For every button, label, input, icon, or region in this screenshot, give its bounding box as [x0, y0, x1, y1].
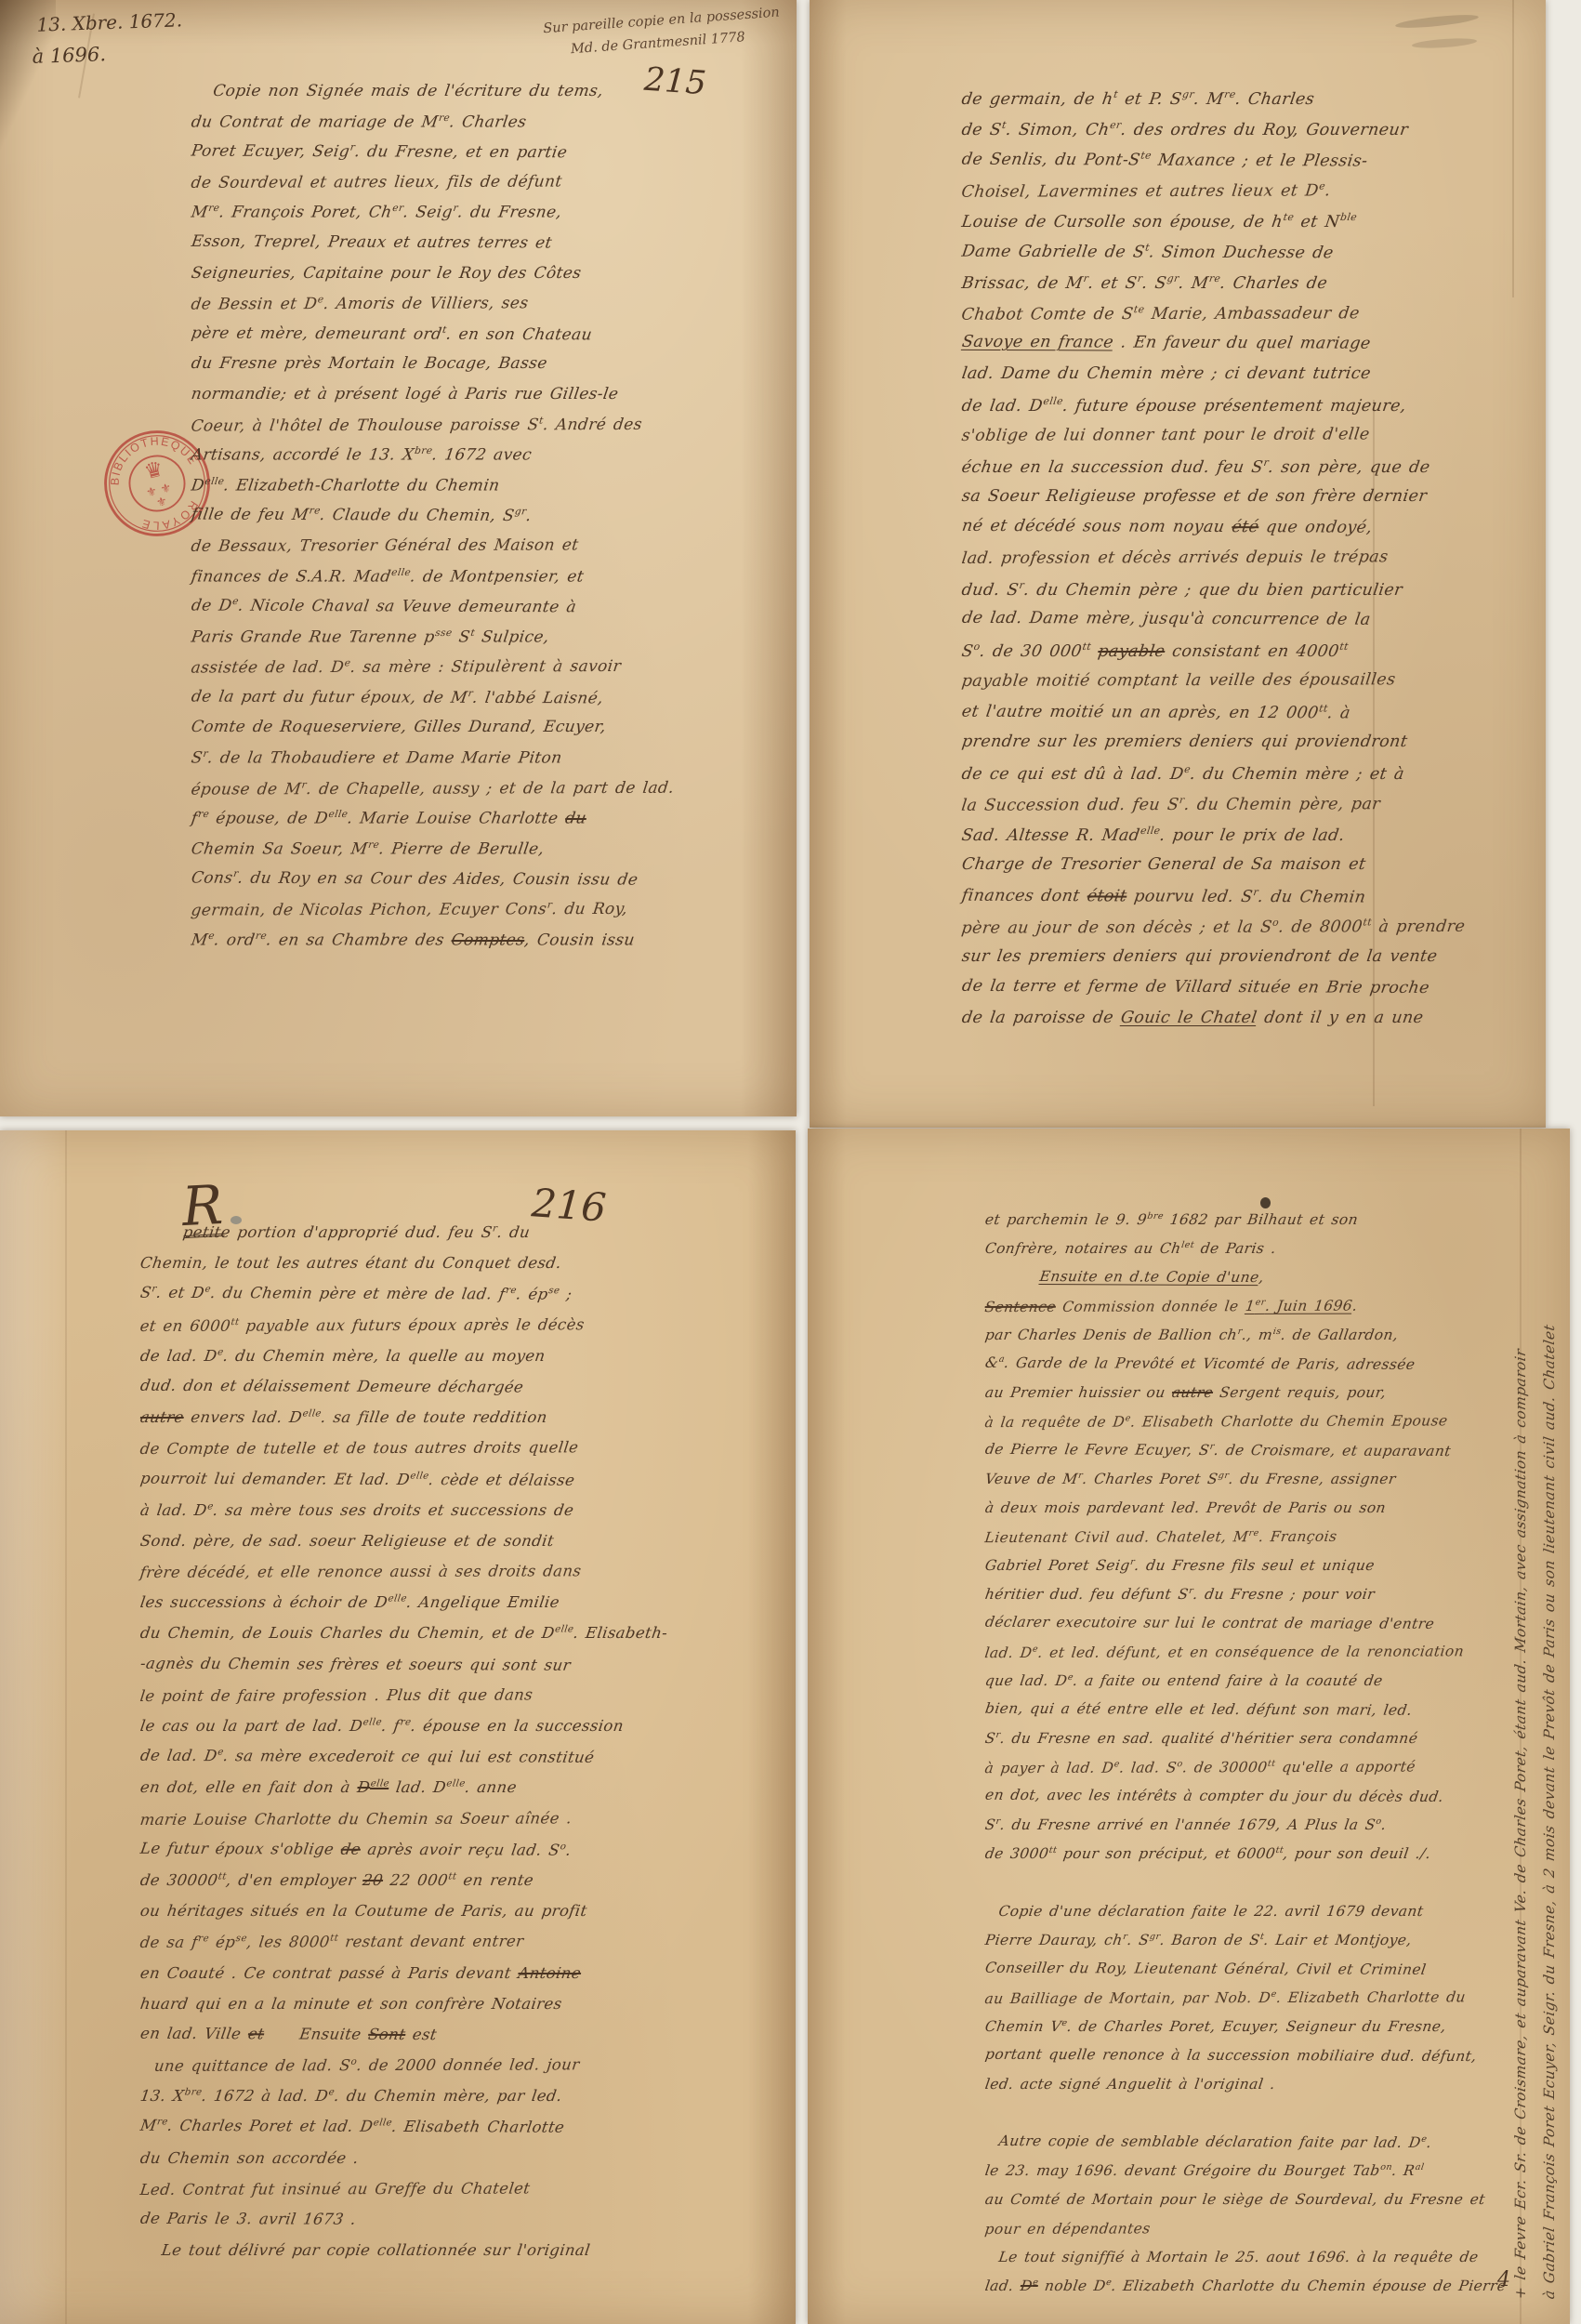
manuscript-line: assistée de lad. De. sa mère : Stipulère… — [189, 656, 675, 688]
manuscript-line: de lad. De. sa mère excederoit ce qui lu… — [138, 1747, 669, 1780]
manuscript-line: Seigneuries, Capitaine pour le Roy des C… — [189, 264, 676, 295]
manuscript-line: de germain, de ht et P. Sgr. Mre. Charle… — [959, 88, 1467, 119]
ink-bleedthrough — [1412, 37, 1477, 50]
manuscript-line: Brissac, de Mr. et Sr. Sgr. Mre. Charles… — [959, 272, 1467, 303]
manuscript-line: Mre. François Poret, Cher. Seigr. du Fre… — [189, 203, 676, 233]
manuscript-line: Chemin, le tout les autres étant du Conq… — [138, 1254, 669, 1285]
manuscript-line: dud. don et délaissement Demeure décharg… — [138, 1377, 669, 1410]
manuscript-line: Esson, Treprel, Preaux et autres terres … — [189, 232, 676, 265]
manuscript-line: père au jour de son décès ; et la So. de… — [959, 916, 1467, 948]
manuscript-page-215: 13. Xbre. 1672. à 1696. Sur pareille cop… — [0, 0, 797, 1116]
manuscript-line: sa Soeur Religieuse professe et de son f… — [959, 487, 1467, 518]
manuscript-line: le point de faire profession . Plus dit … — [138, 1685, 668, 1718]
crown-icon: ♛ — [142, 456, 166, 484]
manuscript-line: du Contrat de mariage de Mre. Charles — [189, 112, 676, 143]
manuscript-line: finances dont étoit pourvu led. Sr. du C… — [959, 885, 1467, 918]
manuscript-line: de lad. Delle. future épouse présentemen… — [959, 395, 1467, 426]
manuscript-line: fre épouse, de Delle. Marie Louise Charl… — [189, 809, 676, 839]
manuscript-line: lad. De noble De. Elizabeth Charlotte du… — [982, 2278, 1508, 2306]
manuscript-line: pourroit lui demander. Et lad. Delle. cè… — [138, 1469, 669, 1502]
manuscript-line: de Sourdeval et autres lieux, fils de dé… — [189, 172, 675, 204]
manuscript-line: Confrère, notaires au Chlet de Paris . — [982, 1240, 1508, 1269]
vertical-margin-note-line2: à Gabriel François Poret Ecuyer, Seigr. … — [1541, 1153, 1570, 2302]
manuscript-line: déclarer executoire sur lui le contrat d… — [982, 1614, 1508, 1644]
manuscript-line: en Coauté . Ce contrat passé à Paris dev… — [138, 1964, 669, 1995]
manuscript-line: père et mère, demeurant ordt. en son Cha… — [189, 324, 676, 356]
manuscript-line: Copie non Signée mais de l'écriture du t… — [189, 82, 676, 112]
manuscript-line: au Comté de Mortain pour le siège de Sou… — [982, 2191, 1508, 2220]
manuscript-line: le 23. may 1696. devant Grégoire du Bour… — [982, 2162, 1508, 2191]
manuscript-line: prendre sur les premiers deniers qui pro… — [959, 733, 1467, 763]
manuscript-line: Louise de Cursolle son épouse, de hte et… — [959, 211, 1467, 242]
manuscript-line: de 3000tt pour son préciput, et 6000tt, … — [982, 1845, 1508, 1874]
manuscript-line: que lad. De. a faite ou entend faire à l… — [982, 1672, 1508, 1701]
manuscript-line: Chabot Comte de Ste Marie, Ambassadeur d… — [959, 302, 1467, 335]
crease-line — [1512, 0, 1514, 297]
manuscript-page-216-verso: et parchemin le 9. 9bre 1682 par Bilhaut… — [808, 1129, 1570, 2324]
ink-bleedthrough — [1395, 12, 1480, 30]
manuscript-line: de Senlis, du Pont-Ste Maxance ; et le P… — [959, 149, 1467, 181]
manuscript-line: Chemin Ve. de Charles Poret, Ecuyer, Sei… — [982, 2018, 1508, 2047]
manuscript-line: de la terre et ferme de Villard située e… — [959, 977, 1467, 1010]
manuscript-line: -agnès du Chemin ses frères et soeurs qu… — [138, 1654, 669, 1687]
manuscript-line: la Succession dud. feu Sr. du Chemin pèr… — [959, 793, 1467, 825]
header-provenance-note: Sur pareille copie en la possession Md. … — [543, 1, 792, 62]
manuscript-page-216: 216 R petite portion d'approprié dud. fe… — [0, 1130, 796, 2324]
torn-edge-line — [65, 1130, 67, 2324]
manuscript-line: sur les premiers deniers qui proviendron… — [959, 947, 1467, 978]
manuscript-line: au Bailliage de Mortain, par Nob. De. El… — [982, 1988, 1507, 2019]
manuscript-line: Le tout délivré par copie collationnée s… — [138, 2241, 669, 2272]
manuscript-line: Sr. du Fresne arrivé en l'année 1679, A … — [982, 1816, 1508, 1845]
manuscript-line: lad. Dame du Chemin mère ; ci devant tut… — [959, 364, 1467, 395]
manuscript-line: de sa fre épse, les 8000tt restant devan… — [138, 1932, 668, 1964]
manuscript-line: de De. Nicole Chaval sa Veuve demeurante… — [189, 596, 676, 628]
manuscript-line: fille de feu Mre. Claude du Chemin, Sgr. — [189, 505, 676, 537]
manuscript-line: Conseiller du Roy, Lieutenant Général, C… — [982, 1960, 1508, 1990]
manuscript-line: Copie d'une déclaration faite le 22. avr… — [982, 1903, 1508, 1932]
ink-blot — [1260, 1197, 1271, 1208]
manuscript-line: &a. Garde de la Prevôté et Vicomté de Pa… — [982, 1354, 1508, 1385]
manuscript-line: de ce qui est dû à lad. De. du Chemin mè… — [959, 763, 1467, 794]
manuscript-text-block: de germain, de ht et P. Sgr. Mre. Charle… — [961, 88, 1465, 1039]
manuscript-line: finances de S.A.R. Madelle. de Montpensi… — [189, 567, 676, 598]
manuscript-line: du Chemin son accordée . — [138, 2149, 669, 2180]
manuscript-line: Choisel, Lavermines et autres lieux et D… — [959, 179, 1467, 212]
manuscript-line: led. acte signé Anguelit à l'original . — [982, 2076, 1508, 2105]
manuscript-line: marie Louise Charlotte du Chemin sa Soeu… — [138, 1809, 668, 1842]
manuscript-text-block: Copie non Signée mais de l'écriture du t… — [191, 82, 673, 960]
manuscript-page-215-verso: de germain, de ht et P. Sgr. Mre. Charle… — [810, 0, 1546, 1128]
manuscript-line: du Chemin, de Louis Charles du Chemin, e… — [138, 1624, 669, 1655]
manuscript-line: de 30000tt, d'en employer 20 22 000tt en… — [138, 1871, 669, 1902]
manuscript-line: Ensuite en d.te Copie d'une, — [982, 1268, 1508, 1299]
manuscript-line: pour en dépendantes — [982, 2219, 1507, 2250]
manuscript-line: Paris Grande Rue Tarenne psse St Sulpice… — [189, 627, 676, 658]
manuscript-line: Le tout signiffié à Mortain le 25. aout … — [982, 2249, 1508, 2278]
manuscript-line: Savoye en france . En faveur du quel mar… — [959, 333, 1467, 365]
manuscript-line: Poret Ecuyer, Seigr. du Fresne, et en pa… — [189, 141, 676, 174]
manuscript-line: et l'autre moitié un an après, en 12 000… — [959, 701, 1467, 733]
manuscript-line: de la paroisse de Gouic le Chatel dont i… — [959, 1009, 1467, 1039]
manuscript-line: payable moitié comptant la veille des ép… — [959, 670, 1467, 703]
manuscript-line: de Bessin et De. Amoris de Villiers, ses — [189, 293, 675, 324]
manuscript-line: Delle. Elizabeth-Charlotte du Chemin — [189, 476, 676, 507]
manuscript-line: en dot, elle en fait don à Delle lad. De… — [138, 1778, 669, 1809]
margin-date-line1: 13. Xbre. 1672. — [36, 8, 182, 35]
manuscript-line: ou héritages situés en la Coutume de Par… — [138, 1902, 669, 1933]
manuscript-line: héritier dud. feu défunt Sr. du Fresne ;… — [982, 1586, 1508, 1615]
manuscript-line: Me. ordre. en sa Chambre des Comptes, Co… — [189, 931, 676, 961]
manuscript-line: une quittance de lad. So. de 2000 donnée… — [138, 2055, 668, 2088]
manuscript-line: Artisans, accordé le 13. Xbre. 1672 avec — [189, 445, 676, 476]
manuscript-line: Sentence Commission donnée le 1er. Juin … — [982, 1297, 1507, 1327]
manuscript-line: So. de 30 000tt payable consistant en 40… — [959, 640, 1467, 671]
manuscript-line: 13. Xbre. 1672 à lad. De. du Chemin mère… — [138, 2087, 669, 2118]
manuscript-line: à payer à lad. De. lad. So. de 30000tt q… — [982, 1758, 1507, 1789]
manuscript-line: du Fresne près Mortain le Bocage, Basse — [189, 354, 676, 385]
manuscript-line: à deux mois pardevant led. Prevôt de Par… — [982, 1499, 1508, 1528]
manuscript-line: en lad. Ville et Ensuite Sont est — [138, 2025, 669, 2058]
manuscript-line: Consr. du Roy en sa Cour des Aides, Cous… — [189, 868, 676, 901]
manuscript-line: de lad. De. du Chemin mère, la quelle au… — [138, 1347, 669, 1378]
manuscript-line — [982, 2104, 1507, 2134]
manuscript-line: Mre. Charles Poret et lad. Delle. Elisab… — [138, 2117, 669, 2150]
manuscript-line: huard qui en a la minute et son confrère… — [138, 1995, 669, 2026]
manuscript-line: et parchemin le 9. 9bre 1682 par Bilhaut… — [982, 1211, 1508, 1240]
manuscript-text-block: petite portion d'approprié dud. feu Sr. … — [139, 1223, 666, 2272]
manuscript-line: petite portion d'approprié dud. feu Sr. … — [138, 1223, 669, 1254]
manuscript-line: au Premier huissier ou autre Sergent req… — [982, 1384, 1508, 1413]
manuscript-line: à la requête de De. Elisabeth Charlotte … — [982, 1412, 1507, 1443]
manuscript-line: le cas ou la part de lad. Delle. fre. ép… — [138, 1717, 669, 1748]
manuscript-line: Sad. Altesse R. Madelle. pour le prix de… — [959, 825, 1467, 855]
manuscript-line: autre envers lad. Delle. sa fille de tou… — [138, 1408, 669, 1439]
manuscript-line: Pierre Dauray, chr. Sgr. Baron de St. La… — [982, 1932, 1508, 1961]
manuscript-line: de Paris le 3. avril 1673 . — [138, 2210, 669, 2243]
manuscript-line: à lad. De. sa mère tous ses droits et su… — [138, 1501, 669, 1532]
manuscript-line: en dot, avec les intérêts à compter du j… — [982, 1787, 1508, 1817]
manuscript-line: né et décédé sous nom noyau été que ondo… — [959, 517, 1467, 549]
manuscript-text-block: et parchemin le 9. 9bre 1682 par Bilhaut… — [984, 1211, 1506, 2306]
manuscript-line: Autre copie de semblable déclaration fai… — [982, 2133, 1508, 2163]
manuscript-line: de lad. Dame mère, jusqu'à concurrence d… — [959, 609, 1467, 641]
manuscript-line: Led. Contrat fut insinué au Greffe du Ch… — [138, 2179, 668, 2212]
manuscript-line: Chemin Sa Soeur, Mre. Pierre de Berulle, — [189, 839, 676, 870]
folio-mark: 4 — [1497, 2268, 1510, 2291]
manuscript-line: Sr. de la Thobaudiere et Dame Marie Pito… — [189, 748, 676, 779]
manuscript-line: frère décédé, et elle renonce aussi à se… — [138, 1562, 668, 1594]
manuscript-line: Sond. père, de sad. soeur Religieuse et … — [138, 1532, 669, 1563]
manuscript-line: Gabriel Poret Seigr. du Fresne fils seul… — [982, 1557, 1508, 1586]
manuscript-line — [982, 1873, 1507, 1904]
manuscript-line: de Compte de tutelle et de tous autres d… — [138, 1438, 668, 1471]
manuscript-line: lad. De. et led. défunt, et en conséquen… — [982, 1643, 1507, 1673]
manuscript-line: s'oblige de lui donner tant pour le droi… — [959, 425, 1467, 457]
manuscript-scan: 13. Xbre. 1672. à 1696. Sur pareille cop… — [0, 0, 1581, 2324]
manuscript-line: Sr. du Fresne en sad. qualité d'héritier… — [982, 1730, 1508, 1759]
manuscript-line: Veuve de Mr. Charles Poret Sgr. du Fresn… — [982, 1471, 1508, 1499]
manuscript-line: bien, qui a été entre elle et led. défun… — [982, 1700, 1508, 1731]
manuscript-line: germain, de Nicolas Pichon, Ecuyer Consr… — [189, 899, 675, 931]
manuscript-line: de Bessaux, Tresorier Général des Maison… — [189, 535, 675, 567]
manuscript-line: Coeur, à l'hôtel de Thoulouse paroisse S… — [189, 415, 675, 446]
manuscript-line: et en 6000tt payable aux futurs époux ap… — [138, 1315, 668, 1348]
margin-date-line2: à 1696. — [32, 40, 183, 68]
manuscript-line: normandie; et à présent logé à Paris rue… — [189, 385, 676, 416]
manuscript-line: échue en la succession dud. feu Sr. son … — [959, 456, 1467, 487]
margin-date: 13. Xbre. 1672. à 1696. — [36, 8, 184, 67]
manuscript-line: Lieutenant Civil aud. Chatelet, Mre. Fra… — [982, 1527, 1507, 1558]
manuscript-line: par Charles Denis de Ballion chr., mis. … — [982, 1327, 1508, 1355]
manuscript-line: dud. Sr. du Chemin père ; que du bien pa… — [959, 579, 1467, 610]
manuscript-line: Sr. et De. du Chemin père et mère de lad… — [138, 1284, 669, 1317]
manuscript-line: de St. Simon, Cher. des ordres du Roy, G… — [959, 119, 1467, 150]
manuscript-line: de Pierre le Fevre Ecuyer, Sr. de Croism… — [982, 1441, 1508, 1472]
manuscript-line: Comte de Roqueserviere, Gilles Durand, E… — [189, 718, 676, 748]
manuscript-line: Dame Gabrielle de St. Simon Duchesse de — [959, 241, 1467, 273]
manuscript-line: épouse de Mr. de Chapelle, aussy ; et de… — [189, 778, 675, 810]
manuscript-line: portant quelle renonce à la succession m… — [982, 2046, 1508, 2077]
manuscript-line: Charge de Tresorier General de Sa maison… — [959, 855, 1467, 886]
vertical-margin-note: + le Fevre Ecr. Sr. de Croismare, et aup… — [1512, 1155, 1570, 2300]
manuscript-line: les successions à échoir de Delle. Angel… — [138, 1593, 669, 1624]
manuscript-line: lad. profession et décès arrivés depuis … — [959, 548, 1467, 580]
manuscript-line: de la part du futur époux, de Mr. l'abbé… — [189, 687, 676, 720]
fleur-de-lis-icon: ⚜ — [155, 495, 169, 510]
vertical-margin-note-line1: + le Fevre Ecr. Sr. de Croismare, et aup… — [1512, 1153, 1541, 2302]
manuscript-line: Le futur époux s'oblige de après avoir r… — [138, 1840, 669, 1873]
